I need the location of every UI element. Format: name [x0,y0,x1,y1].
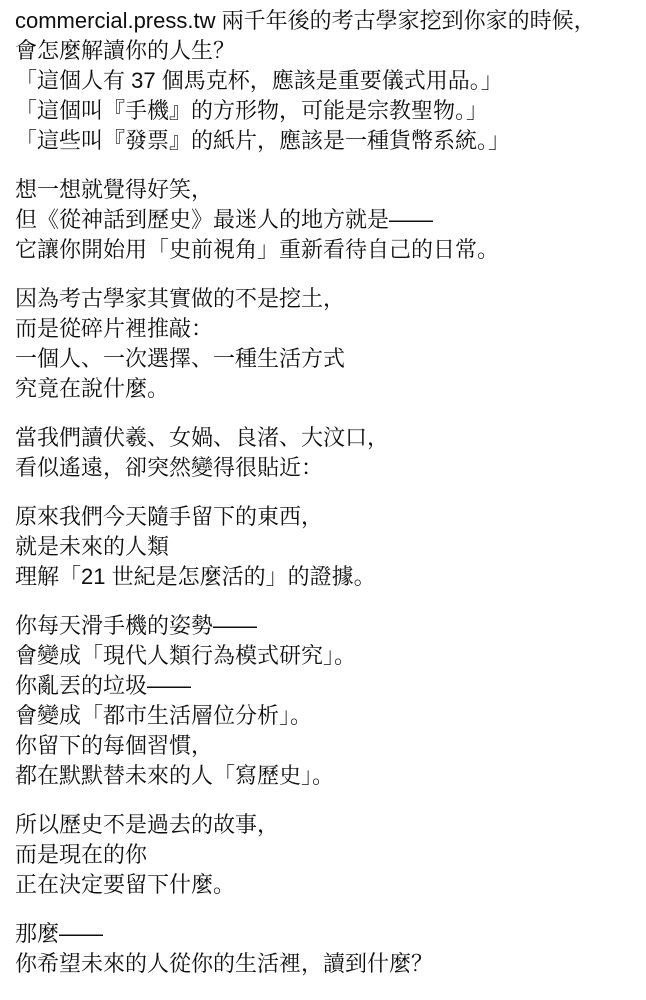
text-line: 正在決定要留下什麼。 [15,870,638,900]
paragraph: 當我們讀伏羲、女媧、良渚、大汶口， 看似遙遠，卻突然變得很貼近： [15,423,638,483]
text-line: 就是未來的人類 [15,532,638,562]
text-line: 理解「21 世紀是怎麼活的」的證據。 [15,562,638,592]
paragraph: 原來我們今天隨手留下的東西， 就是未來的人類 理解「21 世紀是怎麼活的」的證據… [15,502,638,592]
text-line: 究竟在說什麼。 [15,374,638,404]
text-line: 你每天滑手機的姿勢—— [15,611,638,641]
text-line: 而是現在的你 [15,840,638,870]
text-line: 一個人、一次選擇、一種生活方式 [15,344,638,374]
paragraph: 那麼—— 你希望未來的人從你的生活裡，讀到什麼？ [15,919,638,979]
source-domain: commercial.press.tw [15,8,215,33]
text-line: 「這個叫『手機』的方形物，可能是宗教聖物。」 [15,96,638,126]
paragraph: 所以歷史不是過去的故事， 而是現在的你 正在決定要留下什麼。 [15,810,638,900]
text-line: 想一想就覺得好笑， [15,175,638,205]
paragraph: 你每天滑手機的姿勢—— 會變成「現代人類行為模式研究」。 你亂丟的垃圾—— 會變… [15,611,638,791]
text-line: 都在默默替未來的人「寫歷史」。 [15,761,638,791]
intro-line-text: 兩千年後的考古學家挖到你家的時候， [215,8,595,33]
text-line: 你希望未來的人從你的生活裡，讀到什麼？ [15,949,638,979]
text-line: 看似遙遠，卻突然變得很貼近： [15,453,638,483]
text-line: 原來我們今天隨手留下的東西， [15,502,638,532]
text-line: 因為考古學家其實做的不是挖土， [15,284,638,314]
text-line: 而是從碎片裡推敲： [15,314,638,344]
text-line: 當我們讀伏羲、女媧、良渚、大汶口， [15,423,638,453]
text-line: 「這個人有 37 個馬克杯，應該是重要儀式用品。」 [15,66,638,96]
text-line: 會變成「都市生活層位分析」。 [15,701,638,731]
text-line: 會變成「現代人類行為模式研究」。 [15,641,638,671]
text-line: 所以歷史不是過去的故事， [15,810,638,840]
text-line: 你留下的每個習慣， [15,731,638,761]
text-line: 會怎麼解讀你的人生？ [15,36,638,66]
text-line: 你亂丟的垃圾—— [15,671,638,701]
paragraph-intro: commercial.press.tw 兩千年後的考古學家挖到你家的時候， 會怎… [15,6,638,156]
text-line: 但《從神話到歷史》最迷人的地方就是—— [15,205,638,235]
text-line: 它讓你開始用「史前視角」重新看待自己的日常。 [15,235,638,265]
text-line: commercial.press.tw 兩千年後的考古學家挖到你家的時候， [15,6,638,36]
post-text: commercial.press.tw 兩千年後的考古學家挖到你家的時候， 會怎… [0,0,646,979]
text-line: 那麼—— [15,919,638,949]
paragraph: 想一想就覺得好笑， 但《從神話到歷史》最迷人的地方就是—— 它讓你開始用「史前視… [15,175,638,265]
paragraph: 因為考古學家其實做的不是挖土， 而是從碎片裡推敲： 一個人、一次選擇、一種生活方… [15,284,638,404]
text-line: 「這些叫『發票』的紙片，應該是一種貨幣系統。」 [15,126,638,156]
